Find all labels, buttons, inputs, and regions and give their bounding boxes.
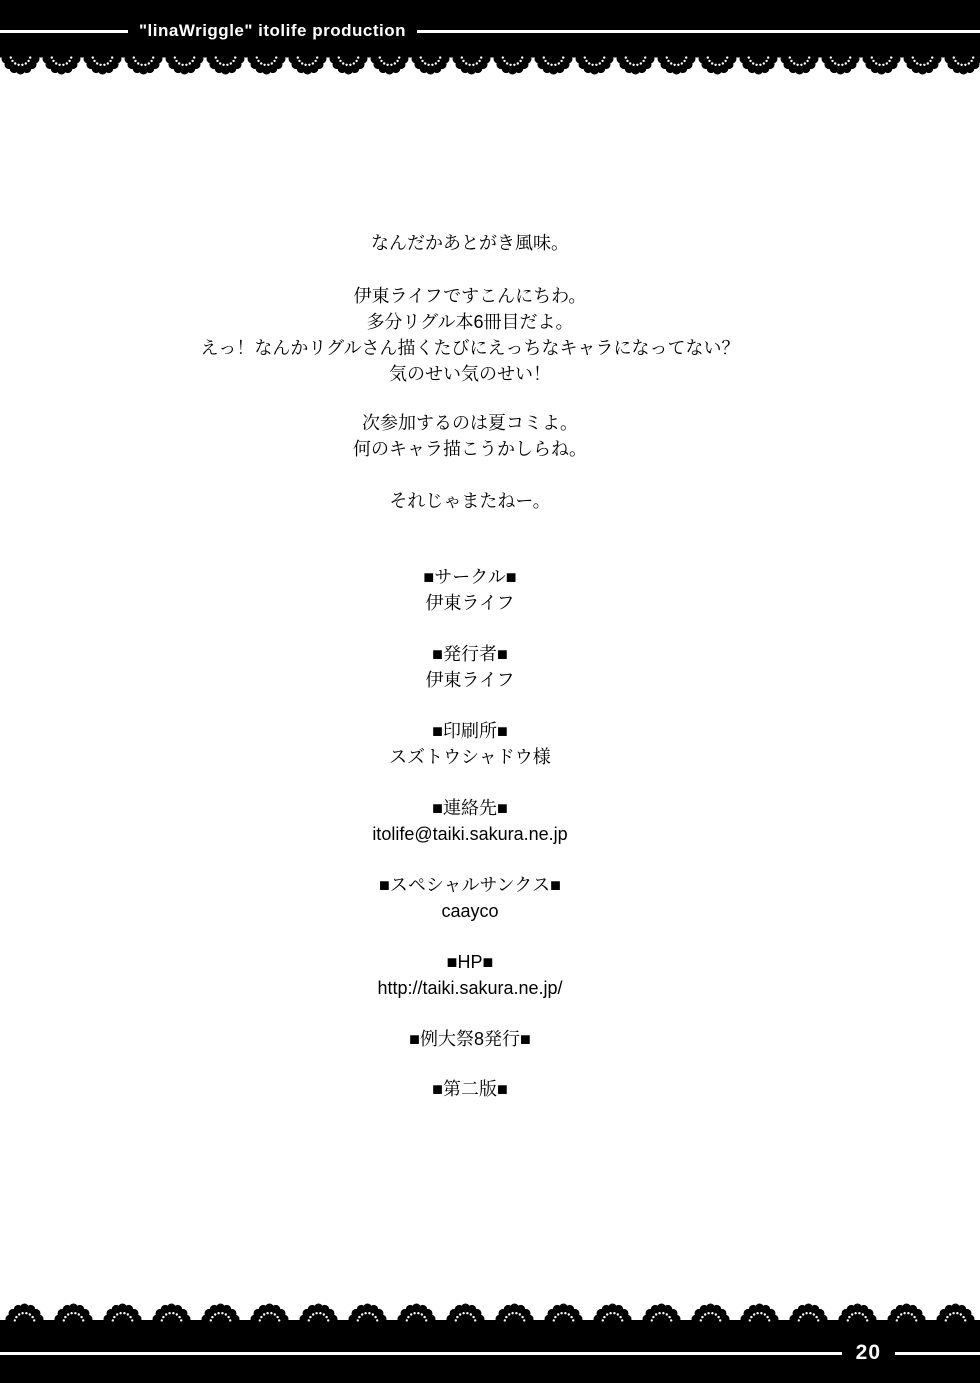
credit-circle: ■サークル■ 伊東ライフ <box>0 564 940 616</box>
credit-label: ■サークル■ <box>0 564 940 590</box>
credit-printer: ■印刷所■ スズトウシャドウ様 <box>0 718 940 770</box>
credit-value: 伊東ライフ <box>0 590 940 616</box>
credit-special-thanks: ■スペシャルサンクス■ caayco <box>0 872 940 924</box>
credit-label: ■連絡先■ <box>0 795 940 821</box>
credit-publisher: ■発行者■ 伊東ライフ <box>0 641 940 693</box>
credit-label: ■印刷所■ <box>0 718 940 744</box>
credit-value homepage-url: http://taiki.sakura.ne.jp/ <box>0 975 940 1001</box>
credit-contact: ■連絡先■ itolife@taiki.sakura.ne.jp <box>0 795 940 847</box>
publication-event: ■例大祭8発行■ <box>0 1026 940 1052</box>
footer-rule-right <box>895 1352 980 1355</box>
afterword-content: なんだかあとがき風味。 伊東ライフですこんにちわ。 多分リグル本6冊目だよ。 え… <box>0 0 940 1102</box>
afterword-line: それじゃまたねー。 <box>0 488 940 514</box>
credit-label: ■HP■ <box>0 949 940 975</box>
afterword-line: 何のキャラ描こうかしらね。 <box>0 436 940 462</box>
publication-edition: ■第二版■ <box>0 1076 940 1102</box>
afterword-line: 伊東ライフですこんにちわ。 <box>0 283 940 309</box>
afterword-intro: なんだかあとがき風味。 <box>0 230 940 256</box>
credit-value: caayco <box>0 898 940 924</box>
credit-label: ■発行者■ <box>0 641 940 667</box>
doujin-afterword-page: "linaWriggle" itolife production <box>0 0 980 1383</box>
credit-homepage: ■HP■ http://taiki.sakura.ne.jp/ <box>0 949 940 1001</box>
afterword-paragraph: 伊東ライフですこんにちわ。 多分リグル本6冊目だよ。 えっ！なんかリグルさん描く… <box>0 283 940 387</box>
afterword-paragraph: それじゃまたねー。 <box>0 488 940 514</box>
afterword-line: 次参加するのは夏コミよ。 <box>0 410 940 436</box>
credit-label: ■スペシャルサンクス■ <box>0 872 940 898</box>
afterword-line: 気のせい気のせい！ <box>0 361 940 387</box>
credit-value contact-email: itolife@taiki.sakura.ne.jp <box>0 821 940 847</box>
footer-band: 20 <box>0 1323 980 1383</box>
lace-border-bottom-icon <box>0 1301 980 1323</box>
credit-value: 伊東ライフ <box>0 667 940 693</box>
credit-value: スズトウシャドウ様 <box>0 744 940 770</box>
afterword-paragraph: 次参加するのは夏コミよ。 何のキャラ描こうかしらね。 <box>0 410 940 462</box>
afterword-line: えっ！なんかリグルさん描くたびにえっちなキャラになってない？ <box>0 335 940 361</box>
page-number: 20 <box>856 1341 881 1365</box>
afterword-line: 多分リグル本6冊目だよ。 <box>0 309 940 335</box>
credits-list: ■サークル■ 伊東ライフ ■発行者■ 伊東ライフ ■印刷所■ スズトウシャドウ様… <box>0 564 940 1001</box>
footer-rule-left <box>0 1352 842 1355</box>
